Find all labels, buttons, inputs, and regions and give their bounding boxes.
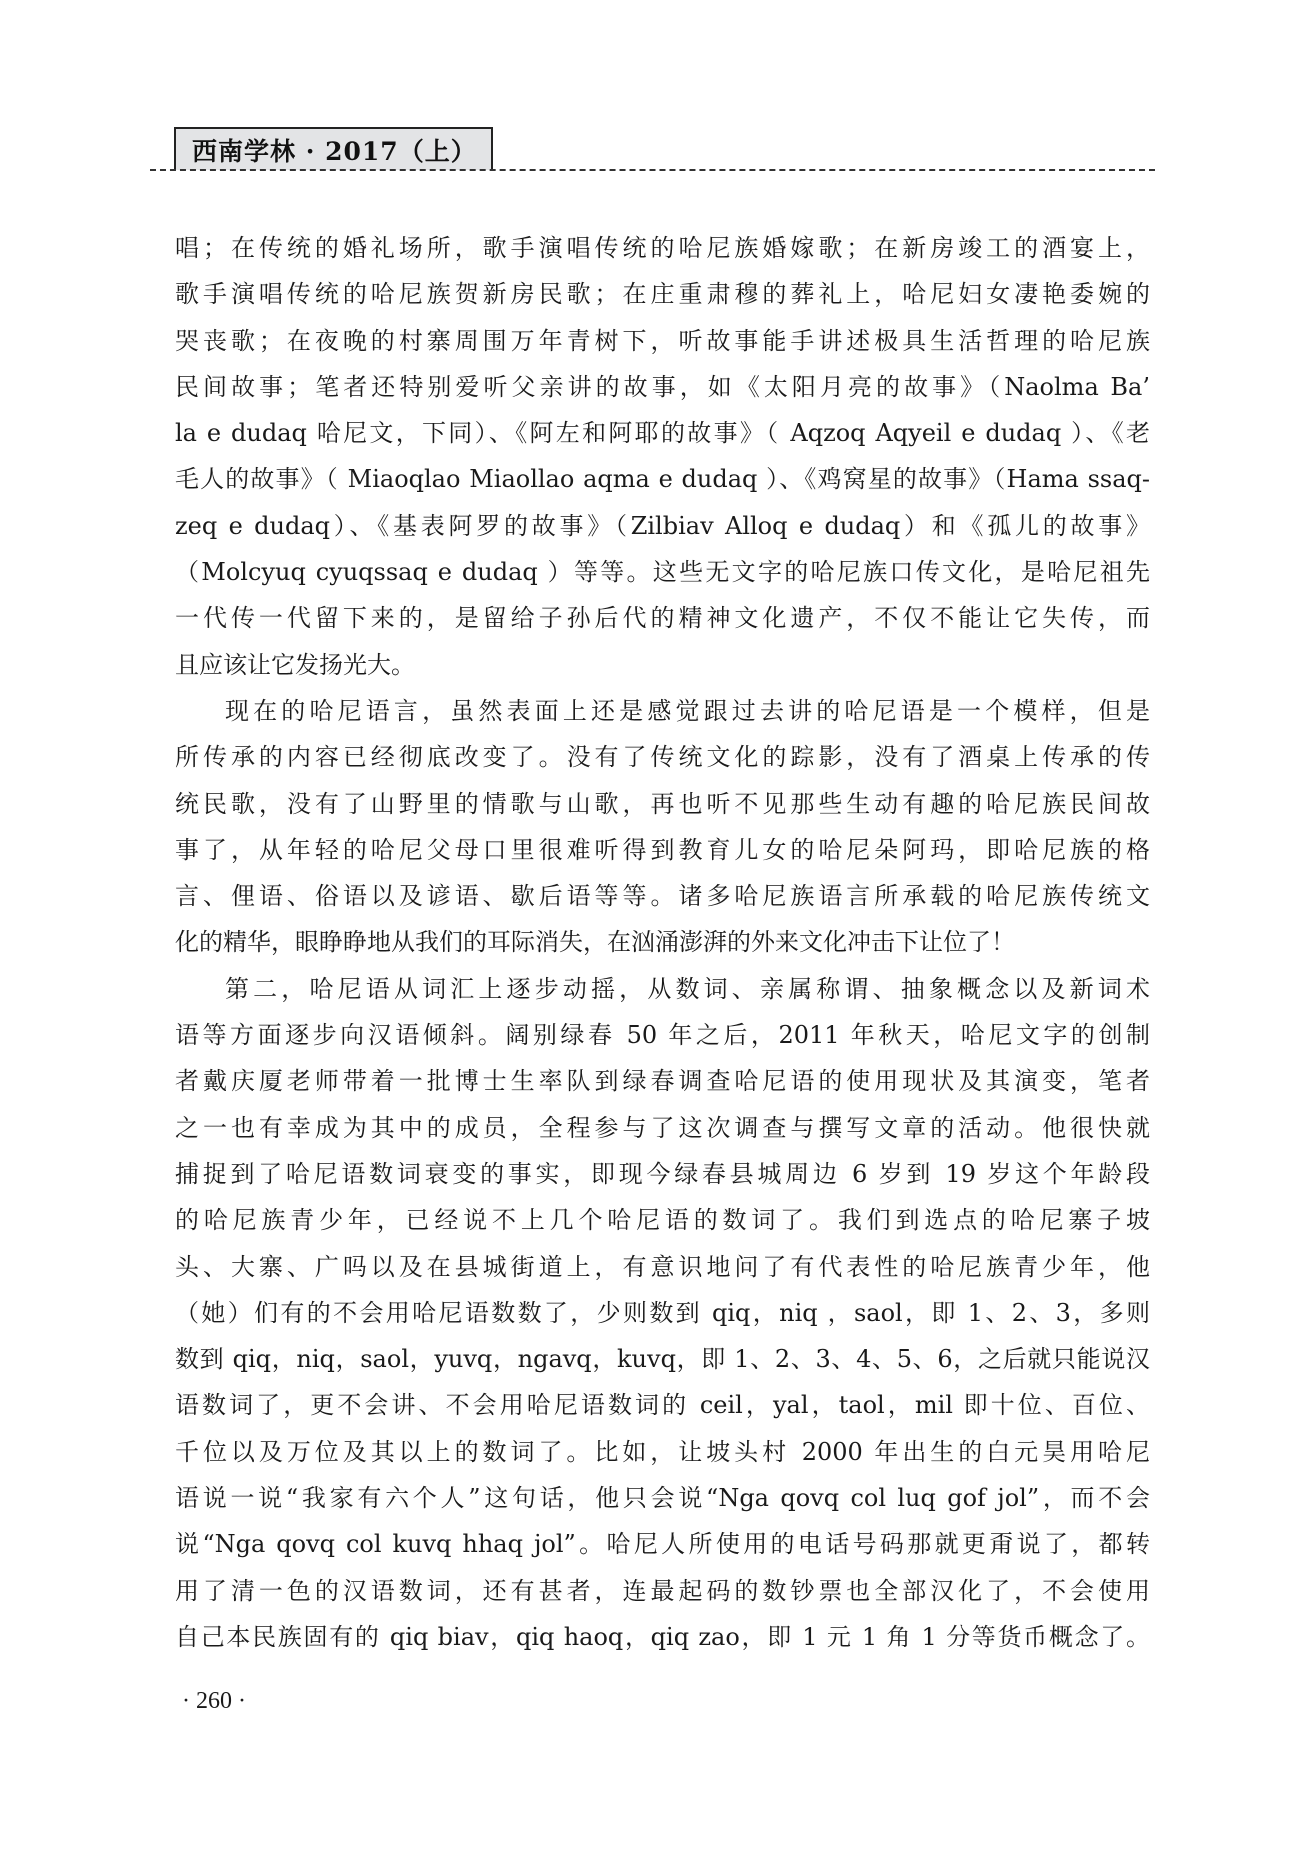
text-line: 所传承的内容已经彻底改变了。没有了传统文化的踪影，没有了酒桌上传承的传 [175, 734, 1150, 780]
text-line: 且应该让它发扬光大。 [175, 642, 1150, 688]
body-text: 唱；在传统的婚礼场所，歌手演唱传统的哈尼族婚嫁歌；在新房竣工的酒宴上，歌手演唱传… [175, 225, 1150, 1660]
text-line: 现在的哈尼语言，虽然表面上还是感觉跟过去讲的哈尼语是一个模样，但是 [175, 688, 1150, 734]
text-line: 语等方面逐步向汉语倾斜。阔别绿春 50 年之后，2011 年秋天，哈尼文字的创制 [175, 1012, 1150, 1058]
text-line: 捕捉到了哈尼语数词衰变的事实，即现今绿春县城周边 6 岁到 19 岁这个年龄段 [175, 1151, 1150, 1197]
text-line: 千位以及万位及其以上的数词了。比如，让坡头村 2000 年出生的白元昊用哈尼 [175, 1429, 1150, 1475]
text-line: 语说一说“我家有六个人”这句话，他只会说“Nga qovq col luq go… [175, 1475, 1150, 1521]
text-line: 言、俚语、俗语以及谚语、歇后语等等。诸多哈尼族语言所承载的哈尼族传统文 [175, 873, 1150, 919]
text-line: 哭丧歌；在夜晚的村寨周围万年青树下，听故事能手讲述极具生活哲理的哈尼族 [175, 318, 1150, 364]
running-head-journal-title: 西南学林 · 2017（上） [174, 127, 493, 170]
text-line: 者戴庆厦老师带着一批博士生率队到绿春调查哈尼语的使用现状及其演变，笔者 [175, 1058, 1150, 1104]
text-line: 毛人的故事》（ Miaoqlao Miaollao aqma e dudaq ）… [175, 456, 1150, 502]
text-line: 的哈尼族青少年，已经说不上几个哈尼语的数词了。我们到选点的哈尼寨子坡 [175, 1197, 1150, 1243]
text-line: 民间故事；笔者还特别爱听父亲讲的故事，如《太阳月亮的故事》（Naolma Ba’ [175, 364, 1150, 410]
text-line: 事了，从年轻的哈尼父母口里很难听得到教育儿女的哈尼朵阿玛，即哈尼族的格 [175, 827, 1150, 873]
text-line: 歌手演唱传统的哈尼族贺新房民歌；在庄重肃穆的葬礼上，哈尼妇女凄艳委婉的 [175, 271, 1150, 317]
text-line: 唱；在传统的婚礼场所，歌手演唱传统的哈尼族婚嫁歌；在新房竣工的酒宴上， [175, 225, 1150, 271]
text-line: （Molcyuq cyuqssaq e dudaq ）等等。这些无文字的哈尼族口… [175, 549, 1150, 595]
text-line: 统民歌，没有了山野里的情歌与山歌，再也听不见那些生动有趣的哈尼族民间故 [175, 781, 1150, 827]
text-line: 数到 qiq，niq，saol，yuvq，ngavq，kuvq，即 1、2、3、… [175, 1336, 1150, 1382]
text-line: 一代传一代留下来的，是留给子孙后代的精神文化遗产，不仅不能让它失传，而 [175, 595, 1150, 641]
text-line: 语数词了，更不会讲、不会用哈尼语数词的 ceil，yal，taol，mil 即十… [175, 1382, 1150, 1428]
text-line: 说“Nga qovq col kuvq hhaq jol”。哈尼人所使用的电话号… [175, 1521, 1150, 1567]
text-line: 头、大寨、广吗以及在县城街道上，有意识地问了有代表性的哈尼族青少年，他 [175, 1244, 1150, 1290]
text-line: 之一也有幸成为其中的成员，全程参与了这次调查与撰写文章的活动。他很快就 [175, 1105, 1150, 1151]
text-line: zeq e dudaq）、《基表阿罗的故事》（Zilbiav Alloq e d… [175, 503, 1150, 549]
page-number: · 260 · [182, 1688, 246, 1715]
text-line: 自己本民族固有的 qiq biav，qiq haoq，qiq zao，即 1 元… [175, 1614, 1150, 1660]
header-dashed-rule [150, 169, 1155, 171]
text-line: 化的精华，眼睁睁地从我们的耳际消失，在汹涌澎湃的外来文化冲击下让位了！ [175, 919, 1150, 965]
text-line: （她）们有的不会用哈尼语数数了，少则数到 qiq，niq ，saol，即 1、2… [175, 1290, 1150, 1336]
text-line: 第二，哈尼语从词汇上逐步动摇，从数词、亲属称谓、抽象概念以及新词术 [175, 966, 1150, 1012]
text-line: la e dudaq 哈尼文，下同）、《阿左和阿耶的故事》（ Aqzoq Aqy… [175, 410, 1150, 456]
text-line: 用了清一色的汉语数词，还有甚者，连最起码的数钞票也全部汉化了，不会使用 [175, 1568, 1150, 1614]
